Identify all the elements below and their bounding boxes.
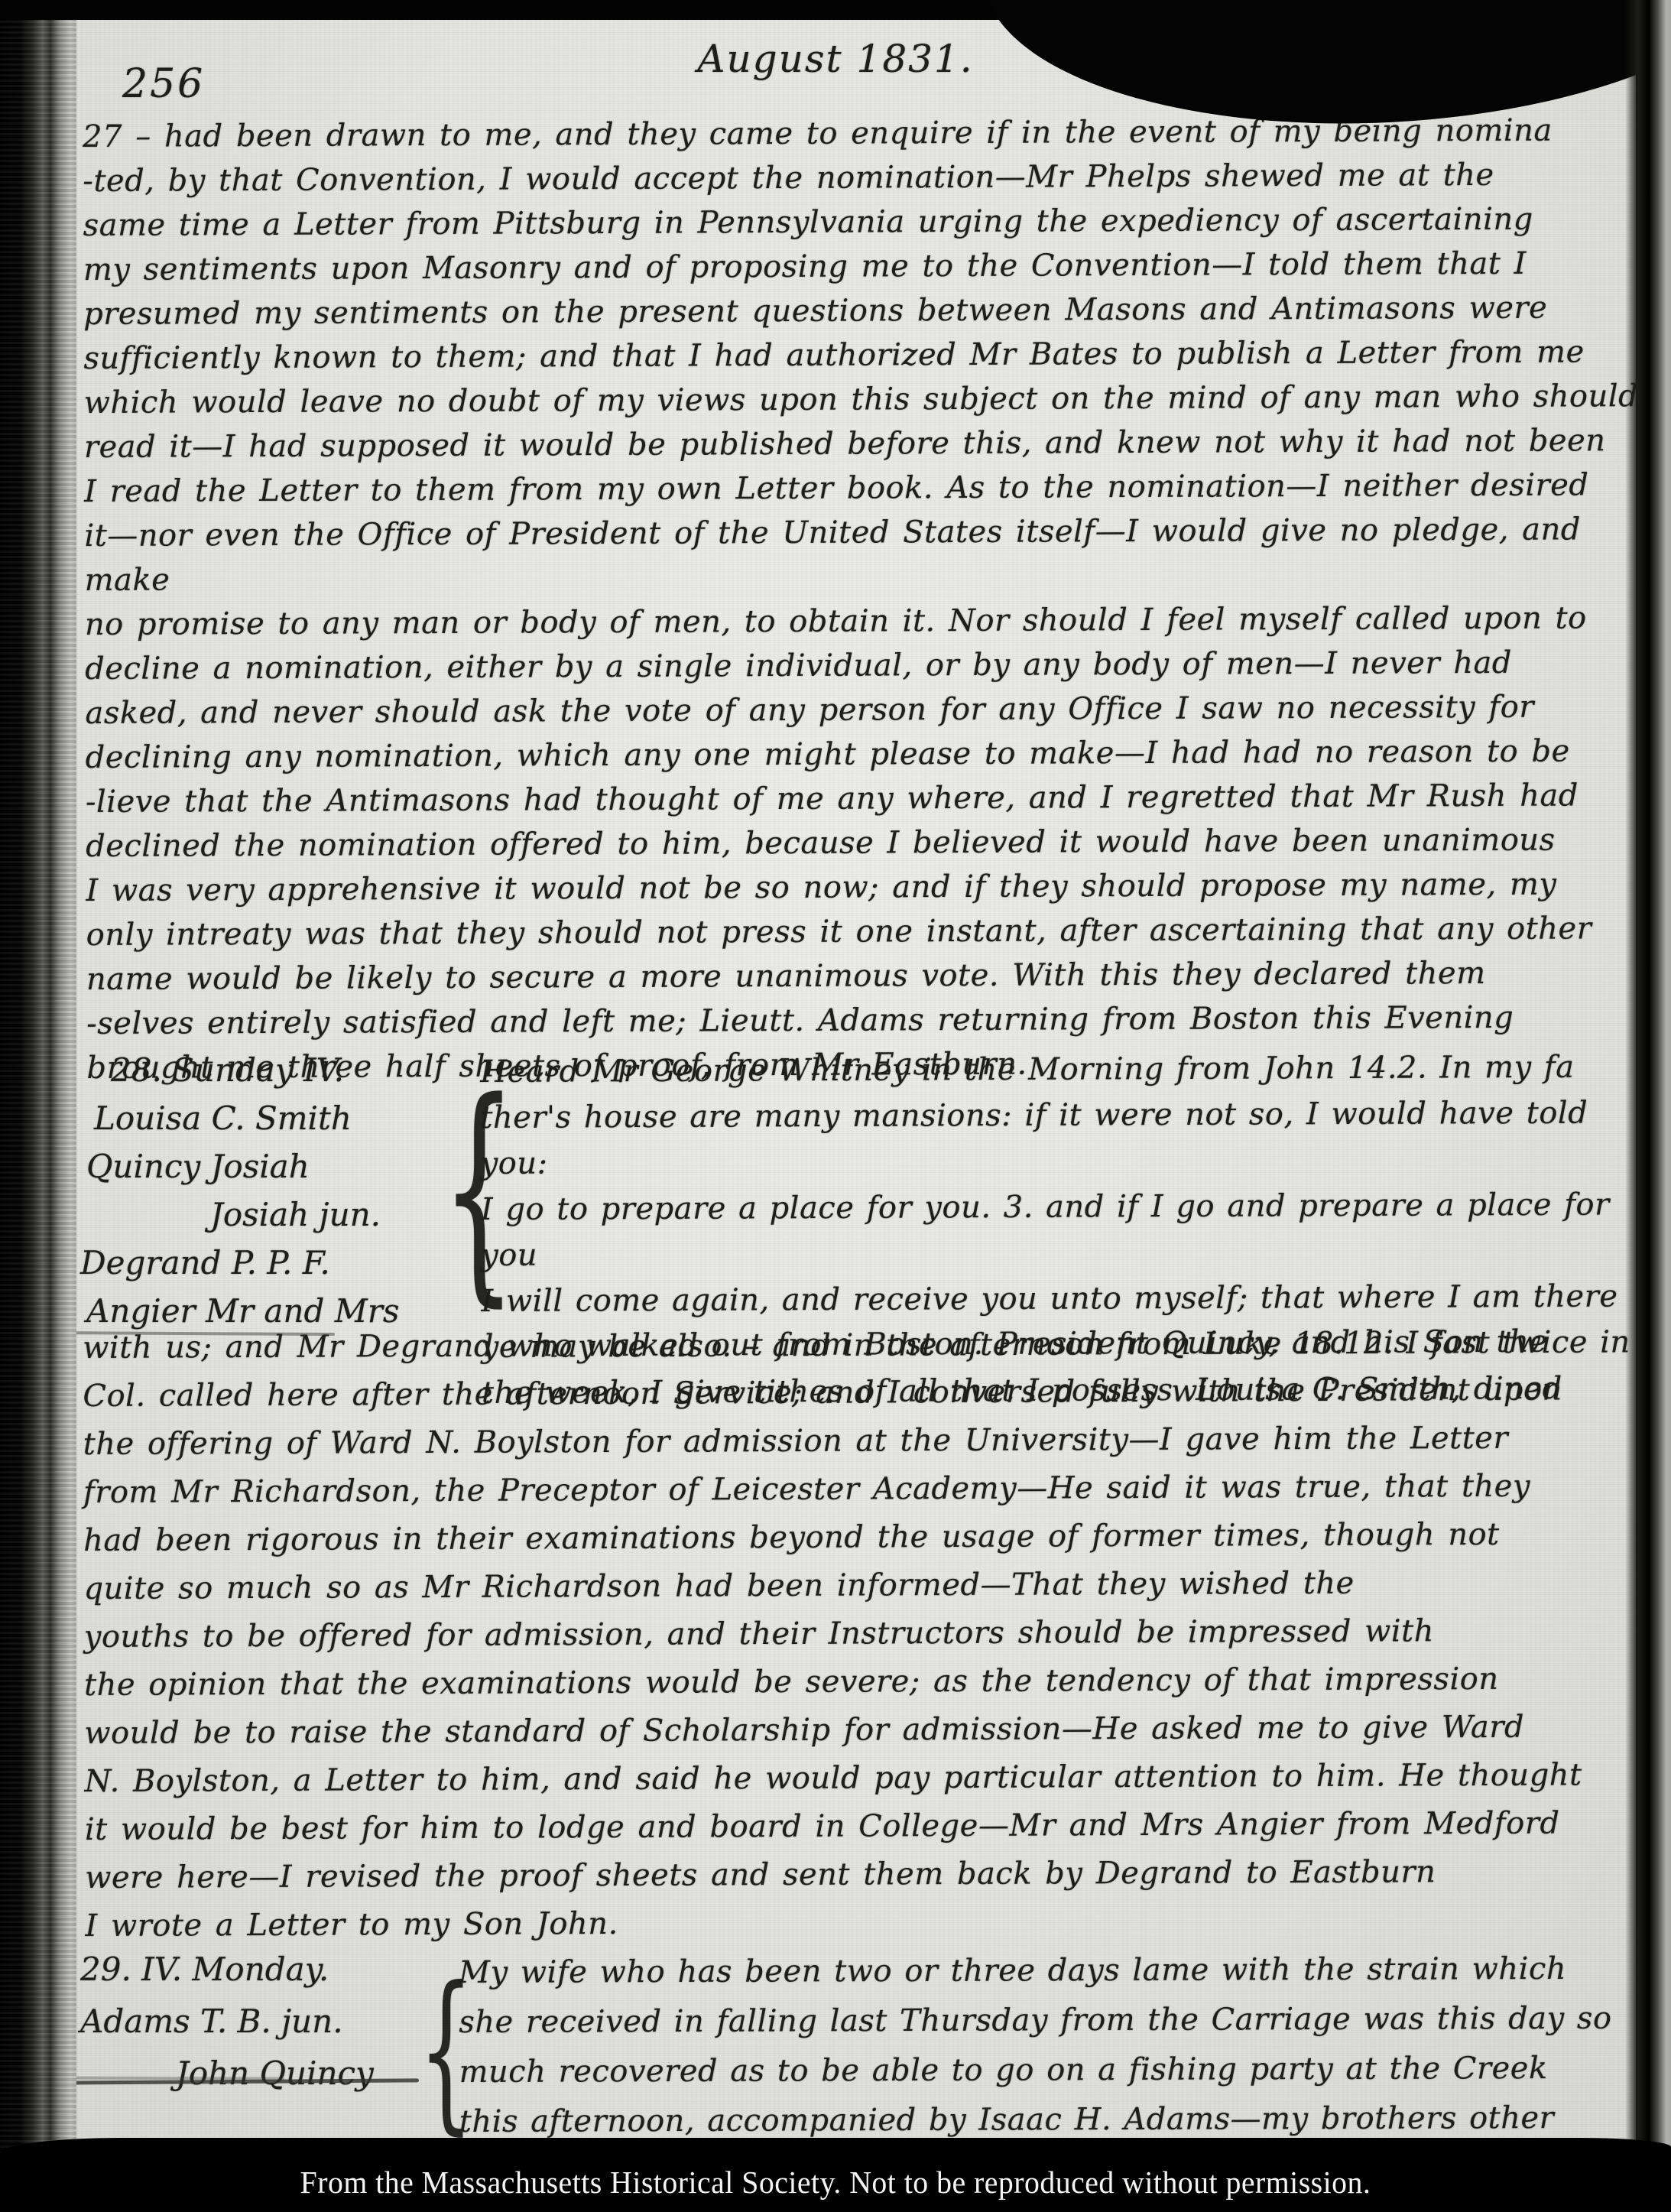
- manuscript-scan: 256 August 1831. 27 – had been drawn to …: [0, 0, 1671, 2212]
- entry-28-text: with us; and Mr Degrand who walked out f…: [83, 1317, 1645, 1951]
- entry-29-margin-name-1: Adams T. B. jun.: [80, 1996, 440, 2048]
- book-page-edges: [0, 0, 76, 2212]
- entry-28-margin: 28. Sunday IV. Louisa C. Smith Quincy Jo…: [80, 1046, 440, 1335]
- entry-29-margin-date: 29. IV. Monday.: [80, 1944, 440, 1996]
- entry-29-braced-text: My wife who has been two or three days l…: [459, 1944, 1637, 2147]
- entry-28-margin-name-4: Degrand P. P. F.: [80, 1239, 440, 1287]
- entry-28-margin-name-3: Josiah jun.: [210, 1190, 440, 1239]
- entry-28-margin-name-1: Louisa C. Smith: [94, 1094, 440, 1142]
- entry-28-margin-date: 28. Sunday IV.: [111, 1046, 440, 1094]
- credit-text: From the Massachusetts Historical Societ…: [25, 2164, 1646, 2201]
- credit-bar: From the Massachusetts Historical Societ…: [0, 2138, 1671, 2212]
- scan-right-edge: [1625, 0, 1671, 2212]
- entry-27-text: 27 – had been drawn to me, and they came…: [83, 108, 1647, 1090]
- entry-29-margin-name-2: John Quincy: [176, 2048, 440, 2100]
- entry-28-margin-name-2: Quincy Josiah: [86, 1142, 440, 1190]
